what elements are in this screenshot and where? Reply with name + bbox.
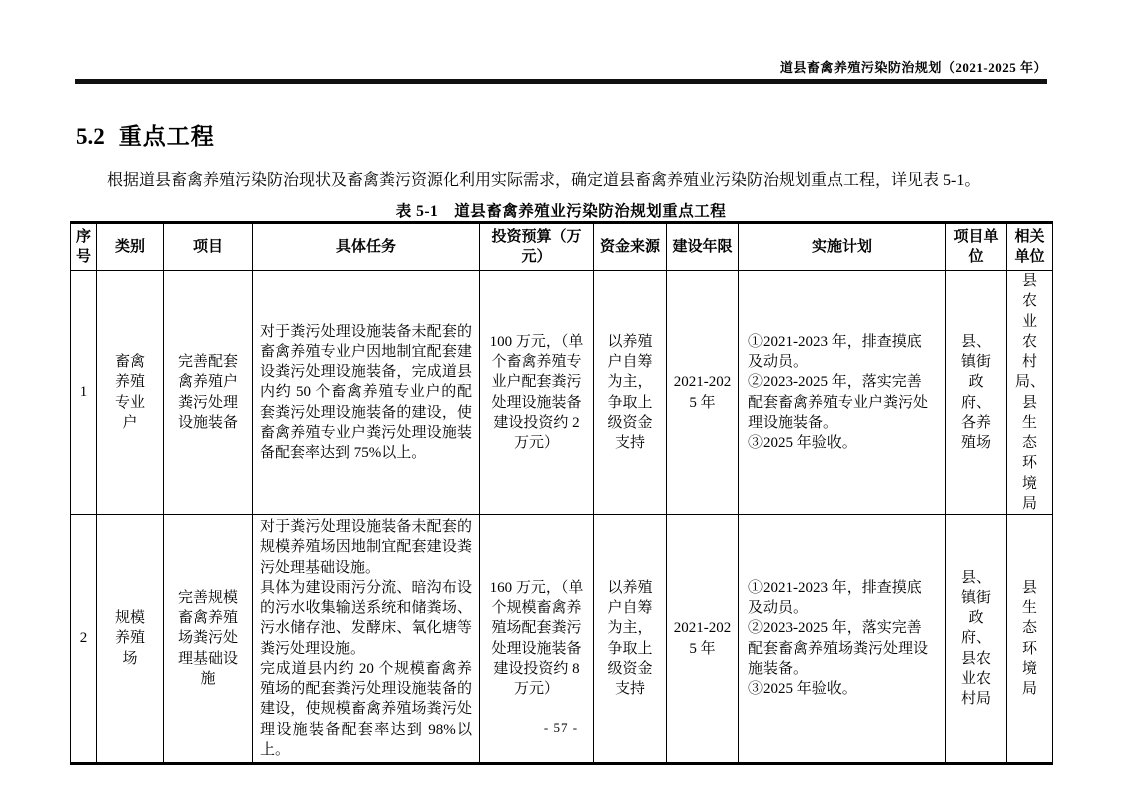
header-rule [75, 79, 1047, 84]
plan-step: ②2023-2025 年，落实完善配套畜禽养殖专业户粪污处理设施装备。 [748, 372, 936, 433]
cell-period: 2021-2025 年 [667, 271, 739, 515]
table-caption: 表 5-1 道县畜禽养殖业污染防治规划重点工程 [75, 199, 1047, 221]
cell-tasks: 对于粪污处理设施装备未配套的畜禽养殖专业户因地制宜配套建设粪污处理设施装备，完成… [253, 271, 480, 515]
key-projects-table: 序号 类别 项目 具体任务 投资预算（万元） 资金来源 建设年限 实施计划 项目… [70, 221, 1053, 765]
section-title: 重点工程 [119, 124, 215, 149]
task-paragraph: 对于粪污处理设施装备未配套的规模养殖场因地制宜配套建设粪污处理基础设施。 [260, 517, 472, 578]
task-paragraph: 对于粪污处理设施装备未配套的畜禽养殖专业户因地制宜配套建设粪污处理设施装备，完成… [260, 322, 472, 464]
header-tasks: 具体任务 [253, 223, 480, 271]
plan-step: ①2021-2023 年，排查摸底及动员。 [748, 578, 936, 619]
header-project-unit: 项目单位 [946, 223, 1007, 271]
section-number: 5.2 [76, 124, 105, 149]
table-header-row: 序号 类别 项目 具体任务 投资预算（万元） 资金来源 建设年限 实施计划 项目… [71, 223, 1053, 271]
cell-budget: 100 万元，（单个畜禽养殖专业户配套粪污处理设施装备建设投资约 2 万元） [480, 271, 594, 515]
task-paragraph: 完成道县内约 20 个规模畜禽养殖场的配套粪污处理设施装备的建设，使规模畜禽养殖… [260, 659, 472, 760]
plan-step: ③2025 年验收。 [748, 433, 936, 453]
section-heading: 5.2重点工程 [76, 118, 215, 151]
header-no: 序号 [71, 223, 97, 271]
header-period: 建设年限 [667, 223, 739, 271]
header-funding: 资金来源 [594, 223, 667, 271]
plan-step: ②2023-2025 年，落实完善配套畜禽养殖场粪污处理设施装备。 [748, 618, 936, 679]
header-project: 项目 [164, 223, 253, 271]
cell-category: 畜禽养殖专业户 [97, 271, 164, 515]
intro-paragraph: 根据道县畜禽养殖污染防治现状及畜禽粪污资源化利用实际需求，确定道县畜禽养殖业污染… [75, 170, 1047, 192]
document-page: 道县畜禽养殖污染防治规划（2021-2025 年） 5.2重点工程 根据道县畜禽… [0, 0, 1122, 793]
table-row: 1 畜禽养殖专业户 完善配套禽养殖户粪污处理设施装备 对于粪污处理设施装备未配套… [71, 271, 1053, 515]
plan-step: ①2021-2023 年，排查摸底及动员。 [748, 332, 936, 373]
task-paragraph: 具体为建设雨污分流、暗沟布设的污水收集输送系统和储粪场、污水储存池、发酵床、氧化… [260, 578, 472, 659]
running-header: 道县畜禽养殖污染防治规划（2021-2025 年） [75, 57, 1047, 76]
cell-funding: 以养殖户自筹为主，争取上级资金支持 [594, 271, 667, 515]
cell-project-unit: 县、镇街政府、各养殖场 [946, 271, 1007, 515]
page-number: - 57 - [0, 720, 1122, 736]
cell-related-unit: 县农业农村局、县生态环境局 [1007, 271, 1053, 515]
header-category: 类别 [97, 223, 164, 271]
header-plan: 实施计划 [739, 223, 946, 271]
header-related-unit: 相关单位 [1007, 223, 1053, 271]
cell-no: 1 [71, 271, 97, 515]
cell-project: 完善配套禽养殖户粪污处理设施装备 [164, 271, 253, 515]
plan-step: ③2025 年验收。 [748, 679, 936, 699]
header-budget: 投资预算（万元） [480, 223, 594, 271]
cell-plan: ①2021-2023 年，排查摸底及动员。 ②2023-2025 年，落实完善配… [739, 271, 946, 515]
